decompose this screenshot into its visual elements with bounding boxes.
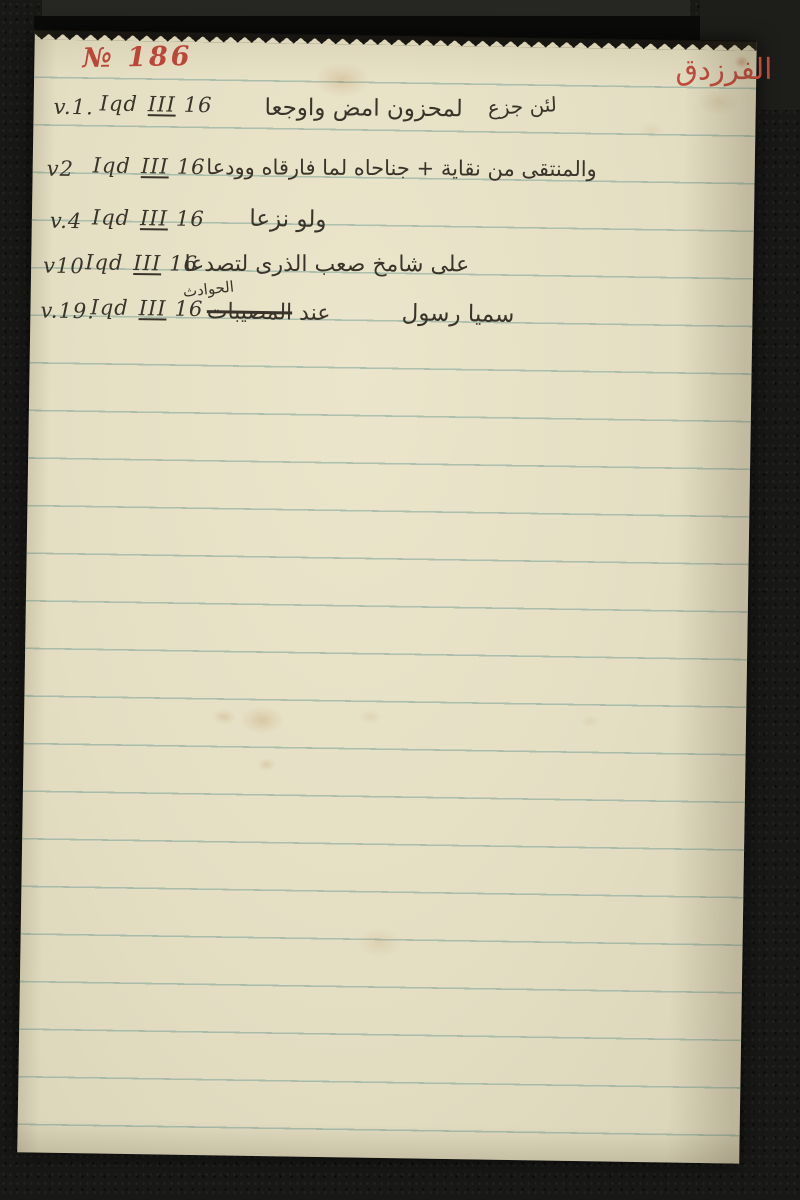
catalog-number: № 186 (82, 41, 193, 74)
side-note: لئن جزع (487, 92, 557, 120)
poet-title: الفرزدق (602, 52, 772, 88)
struck-word: المصيبات (207, 299, 293, 325)
source-name: Iqd (85, 250, 124, 275)
source-name: Iqd (93, 153, 132, 178)
source-page: 16 (184, 93, 213, 117)
entry-row: v2 IqdIII16 والمنتقى من نقاية + جناحاه ل… (32, 148, 755, 207)
stain (212, 709, 236, 724)
quote-start-word: عند (299, 301, 331, 326)
stain (580, 715, 600, 727)
verse-ref: v.1. (53, 95, 93, 120)
verse-ref: v.19. (40, 299, 95, 324)
arabic-quote-corrected: عند المصيباتالحوادث (186, 299, 330, 326)
source-ref: IqdIII16 (100, 91, 213, 117)
stain (356, 928, 402, 959)
source-ref: IqdIII16 (85, 250, 198, 276)
source-name: Iqd (100, 91, 139, 116)
stain (257, 758, 275, 771)
source-volume: III (148, 92, 176, 116)
source-volume: III (133, 251, 161, 275)
stain (240, 706, 284, 735)
arabic-quote: لمحزون امض واوجعا (238, 95, 490, 123)
source-name: Iqd (90, 295, 129, 320)
source-ref: IqdIII16 (92, 205, 205, 231)
arabic-quote: على شامخ صعب الذرى لتصدعا (195, 252, 469, 277)
source-page: 16 (177, 155, 206, 179)
source-page: 16 (176, 207, 205, 231)
arabic-quote: والمنتقى من نقاية + جناحاه لما فارقاه وو… (203, 155, 597, 181)
arabic-quote: ولو نزعا (232, 206, 344, 234)
manuscript-page: № 186 الفرزدق v.1. IqdIII16 لمحزون امض و… (17, 30, 757, 1163)
verse-ref: v2 (46, 157, 74, 181)
correction-word: الحوادث (182, 277, 235, 300)
source-volume: III (140, 206, 168, 230)
verse-ref: v10 (43, 254, 85, 279)
entry-row: v.1. IqdIII16 لمحزون امض واوجعا لئن جزع (33, 86, 756, 145)
source-name: Iqd (92, 205, 131, 230)
source-volume: III (141, 154, 169, 178)
source-ref: IqdIII16 (93, 153, 206, 179)
arabic-quote: سميا رسول (394, 300, 514, 328)
stain (358, 710, 382, 724)
verse-ref: v.4 (50, 209, 83, 234)
entry-row: v.19. IqdIII16 عند المصيباتالحوادث سميا … (30, 290, 753, 349)
source-volume: III (139, 296, 167, 320)
